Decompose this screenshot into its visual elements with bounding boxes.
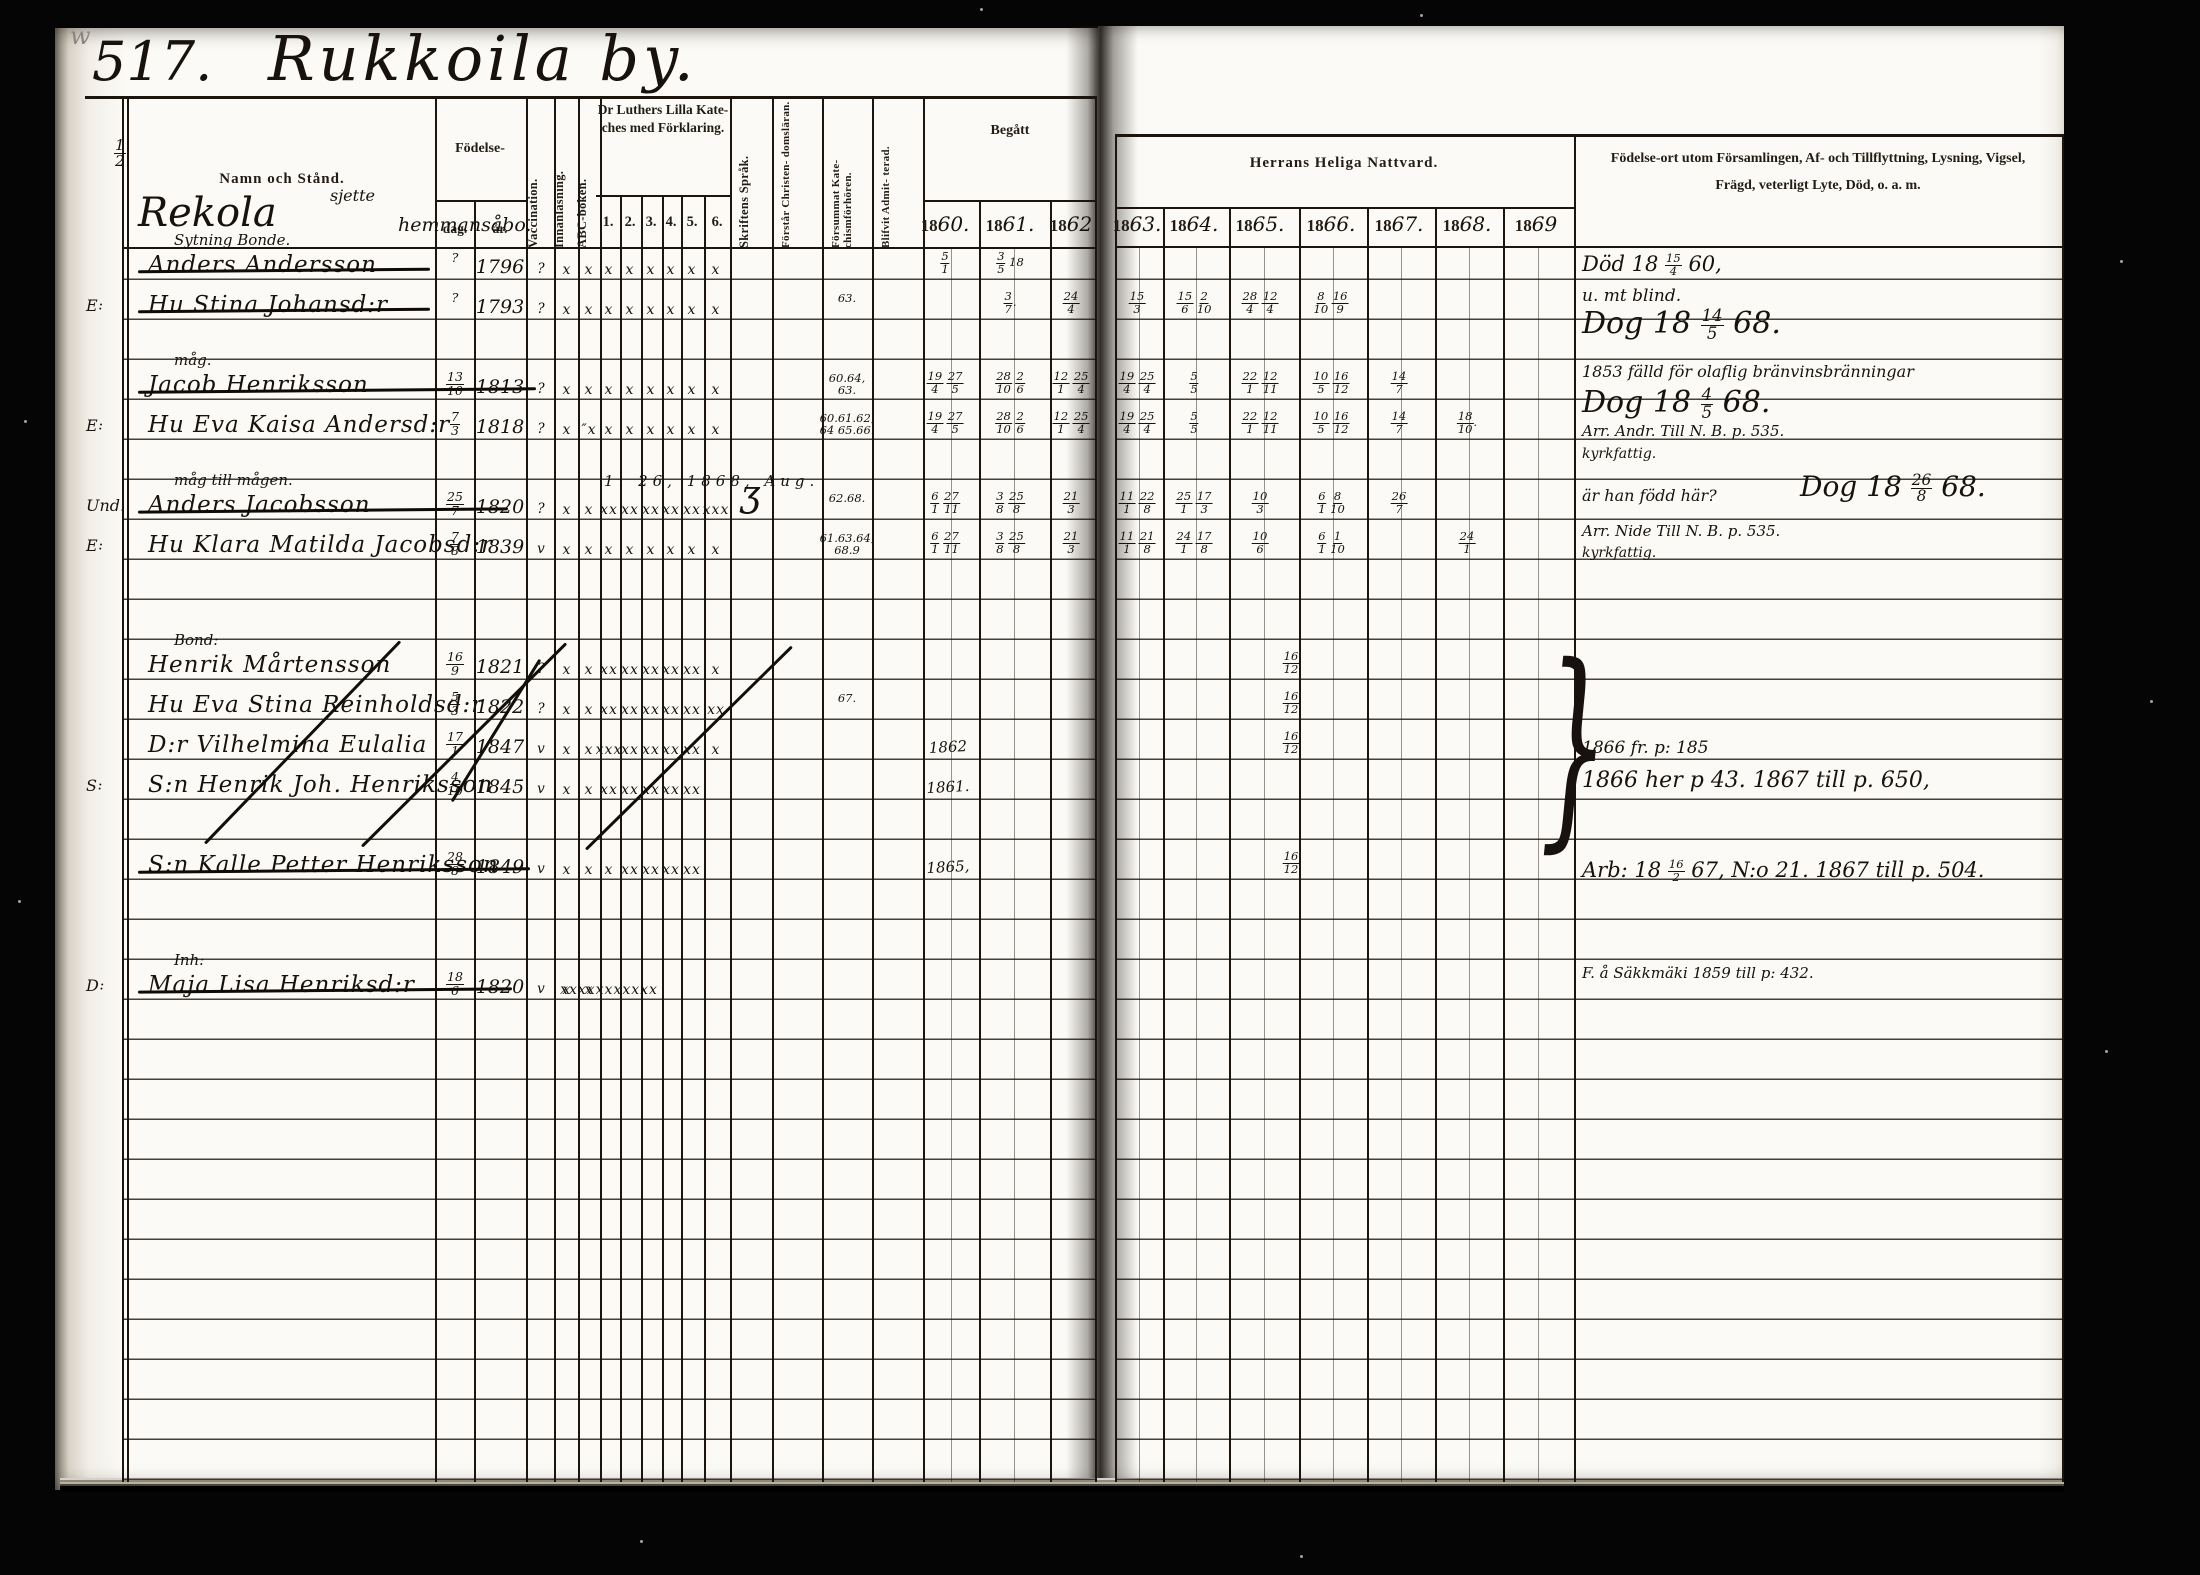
- communion-date: 111 218: [1119, 531, 1156, 555]
- catechism-col-number: 6.: [712, 214, 723, 231]
- exam-mark: x: [688, 423, 697, 438]
- exam-mark: xx: [600, 783, 618, 798]
- communion-date: 194 275: [927, 371, 964, 395]
- entry-name: Maja Lisa Henriksd:r: [148, 973, 415, 997]
- birth-day: 78: [450, 531, 460, 557]
- row-margin-mark: E꞉: [86, 298, 103, 315]
- exam-mark: x: [585, 663, 594, 678]
- exam-mark: xx: [642, 863, 660, 878]
- communion-date: 1612: [1283, 691, 1300, 715]
- communion-date: 106: [1252, 531, 1269, 555]
- exam-mark: x: [585, 263, 594, 278]
- admitted-year-note: 1865,: [926, 859, 970, 877]
- communion-date: 221 1211: [1242, 371, 1279, 395]
- exam-mark: x: [585, 383, 594, 398]
- catechism-col-number: 5.: [687, 214, 698, 231]
- scribble: 12: [114, 138, 126, 169]
- birth-day: 73: [450, 411, 460, 437]
- exam-mark: x: [563, 503, 572, 518]
- catechism-note: 1. 26, 1868, Aug.: [604, 474, 819, 490]
- exam-mark: x: [585, 303, 594, 318]
- communion-date: 241 178: [1176, 531, 1213, 555]
- understands-header: Förstår Christen- domsläran.: [781, 98, 813, 248]
- vaccination-mark: ?: [537, 382, 544, 396]
- exam-mark: x: [688, 543, 697, 558]
- exam-mark: xx: [642, 743, 660, 758]
- communion-date: 61 2711: [930, 531, 960, 555]
- dust-speck: [980, 8, 983, 11]
- row-margin-mark: D꞉: [86, 978, 104, 995]
- catechism-header-line1: Dr Luthers Lilla Kate-: [598, 103, 729, 117]
- column-rule: [2062, 134, 2064, 1482]
- abc-book-header: ABC-boken.: [576, 98, 602, 248]
- communion-date: 61 810: [1317, 491, 1345, 515]
- exam-mark: xx: [662, 743, 680, 758]
- exam-mark: xx: [683, 783, 701, 798]
- marginal-note: Arr. Nide Till N. B. p. 535.: [1582, 522, 1780, 540]
- exam-mark: x: [667, 383, 676, 398]
- communion-date: 267: [1391, 491, 1408, 515]
- scribble: Rekola: [138, 192, 277, 234]
- vaccination-mark: v: [537, 742, 545, 756]
- scribble: hemmansåbo.: [398, 216, 531, 236]
- exam-mark: x: [667, 263, 676, 278]
- exam-mark: x: [585, 863, 594, 878]
- exam-mark: xx: [683, 703, 701, 718]
- row-group-label: måg.: [174, 353, 212, 369]
- missed-exam-years: 60.64,63.: [829, 372, 866, 396]
- exam-mark: x: [563, 743, 572, 758]
- exam-mark: x: [626, 423, 635, 438]
- entry-name: Jacob Henriksson: [148, 373, 369, 397]
- missed-exam-years: 63.: [838, 292, 856, 304]
- entry-name: Hu Eva Stina Reinholdsd:r: [148, 693, 483, 717]
- vaccination-mark: ?: [537, 422, 544, 436]
- marginal-note: Död 18 154 60,: [1582, 252, 1722, 278]
- marginal-note: F. å Säkkmäki 1859 till p: 432.: [1582, 964, 1814, 982]
- vaccination-mark: ?: [537, 702, 544, 716]
- entry-name: Hu Eva Kaisa Andersd:r: [148, 413, 450, 437]
- exam-mark: x: [563, 383, 572, 398]
- exam-mark: xx: [600, 703, 618, 718]
- exam-mark: x: [647, 263, 656, 278]
- row-margin-mark: S꞉: [86, 778, 102, 795]
- exam-mark: x: [712, 303, 721, 318]
- marginal-note: 1853 fälld för olaflig bränvinsbränninga…: [1582, 362, 1914, 381]
- birth-year: 1796: [476, 258, 524, 278]
- communion-date: 55: [1189, 411, 1198, 435]
- exam-mark: x: [605, 543, 614, 558]
- admitted-year-note: 1862: [929, 739, 968, 757]
- year-label: 1864.: [1170, 212, 1219, 236]
- exam-mark: x: [563, 783, 572, 798]
- marginal-note: u. mt blind.: [1582, 286, 1681, 306]
- communion-date: 244: [1063, 291, 1080, 315]
- communion-date: 2810 26: [995, 371, 1025, 395]
- communion-date: 61 2711: [930, 491, 960, 515]
- exam-mark: xx: [683, 863, 701, 878]
- row-group-label: måg till mågen.: [174, 473, 293, 489]
- communion-date: 194 254: [1119, 371, 1156, 395]
- dust-speck: [640, 1540, 643, 1543]
- birth-year: 1820: [476, 498, 524, 518]
- communion-right-header: Herrans Heliga Nattvard.: [1250, 156, 1439, 172]
- communion-date: 105 1612: [1313, 411, 1350, 435]
- header-rule: [923, 200, 1097, 202]
- vaccination-mark: v: [537, 862, 545, 876]
- row-margin-mark: E꞉: [86, 418, 103, 435]
- exam-mark: x: [563, 543, 572, 558]
- exam-mark: x: [585, 743, 594, 758]
- exam-mark: x: [626, 383, 635, 398]
- scribble: sjette: [330, 188, 375, 205]
- communion-left-header: Begått: [991, 124, 1030, 139]
- admitted-header: Blifvit Admit- terad.: [881, 98, 913, 248]
- communion-date: 1612: [1283, 731, 1300, 755]
- communion-date: 156 210: [1177, 291, 1212, 315]
- exam-mark: xx: [621, 503, 639, 518]
- communion-date: 37.: [1004, 291, 1017, 315]
- exam-mark: x: [688, 303, 697, 318]
- communion-date: 38 258: [995, 491, 1025, 515]
- birth-year: 1839: [476, 538, 524, 558]
- exam-mark: xx: [642, 503, 660, 518]
- scanned-parish-register: 517. Rukkoila by. Namn och Stånd. Födels…: [0, 0, 2200, 1575]
- exam-mark: x: [712, 383, 721, 398]
- missed-exam-years: 60.61.62,64 65.66.: [820, 412, 875, 436]
- missed-exam-years: 62.68.: [829, 492, 866, 504]
- exam-mark: xx: [600, 503, 618, 518]
- exam-mark: x: [585, 703, 594, 718]
- exam-mark: x: [585, 543, 594, 558]
- marginal-note: Dog 18 45 68.: [1582, 385, 1770, 421]
- exam-mark: x: [667, 543, 676, 558]
- vaccination-mark: ?: [537, 302, 544, 316]
- catechism-header-line2: ches med Förklaring.: [602, 121, 725, 135]
- birth-day: 169: [446, 651, 464, 677]
- header-rule: [1115, 134, 2062, 137]
- dust-speck: [1420, 14, 1423, 17]
- header-rule: [85, 96, 1097, 99]
- exam-mark: x: [563, 263, 572, 278]
- exam-mark: x: [585, 503, 594, 518]
- dust-speck: [2120, 260, 2123, 263]
- header-rule: [596, 195, 730, 197]
- exam-mark: xx: [662, 703, 680, 718]
- communion-date: 121 254: [1053, 371, 1090, 395]
- exam-mark: x: [585, 783, 594, 798]
- dust-speck: [24, 420, 27, 423]
- exam-mark: x: [667, 423, 676, 438]
- year-label: 1865.: [1236, 212, 1285, 236]
- communion-date: 111 228: [1119, 491, 1156, 515]
- row-margin-mark: Und.: [86, 498, 125, 515]
- communion-date: 121 254: [1053, 411, 1090, 435]
- marginal-note: kyrkfattig.: [1582, 446, 1656, 462]
- communion-date: 1810.: [1457, 411, 1477, 435]
- header-rule: [435, 200, 526, 202]
- communion-date: 38 258: [995, 531, 1025, 555]
- exam-mark: x: [647, 383, 656, 398]
- year-label: 1867.: [1375, 212, 1424, 236]
- missed-exam-years: 67.: [838, 692, 856, 704]
- catechism-col-number: 3.: [646, 214, 657, 231]
- exam-mark: x: [605, 263, 614, 278]
- marginal-note: Arr. Andr. Till N. B. p. 535.: [1582, 422, 1784, 440]
- exam-mark: xx: [621, 863, 639, 878]
- dust-speck: [1300, 1555, 1303, 1558]
- communion-date: 35 18: [996, 251, 1024, 275]
- birth-day: 257: [446, 491, 464, 517]
- birth-year: 1820: [476, 978, 524, 998]
- exam-mark: x: [605, 303, 614, 318]
- exam-mark: x: [647, 543, 656, 558]
- communion-date: 213: [1063, 491, 1080, 515]
- exam-mark: x: [688, 263, 697, 278]
- exam-mark: x: [712, 543, 721, 558]
- communion-date: 284 124: [1242, 291, 1279, 315]
- year-label: 1861.: [986, 212, 1035, 236]
- row-margin-mark: E꞉: [86, 538, 103, 555]
- communion-date: 55: [1189, 371, 1198, 395]
- exam-mark: xx: [662, 783, 680, 798]
- exam-mark: xxx: [703, 503, 730, 518]
- exam-mark: x: [626, 303, 635, 318]
- exam-mark: xx: [642, 703, 660, 718]
- exam-mark: xxx: [596, 743, 623, 758]
- communion-date: 241: [1459, 531, 1476, 555]
- birth-day: 186: [446, 971, 464, 997]
- exam-mark: x: [626, 263, 635, 278]
- communion-date: 51: [940, 251, 949, 275]
- birth-year: 1813: [476, 378, 524, 398]
- row-group-label: Bond:: [174, 633, 218, 649]
- exam-mark: x: [712, 663, 721, 678]
- exam-mark: xx: [642, 663, 660, 678]
- birth-day: 53: [450, 691, 460, 717]
- communion-date: 2810 26: [995, 411, 1025, 435]
- exam-mark: x: [563, 663, 572, 678]
- exam-mark: x: [712, 743, 721, 758]
- exam-mark: x: [626, 543, 635, 558]
- year-label: 1863.: [1113, 212, 1162, 236]
- exam-mark: xx: [621, 743, 639, 758]
- exam-mark: x: [563, 703, 572, 718]
- entry-name: Henrik Mårtensson: [148, 653, 391, 677]
- marginal-note: Dog 18 268 68.: [1800, 470, 1986, 504]
- exam-mark: x: [712, 423, 721, 438]
- admitted-year-note: 1861.: [926, 779, 970, 797]
- vaccination-mark: v: [537, 782, 545, 796]
- year-label: 1862: [1050, 212, 1092, 236]
- catechism-col-number: 4.: [666, 214, 677, 231]
- communion-date: 1612: [1283, 651, 1300, 675]
- communion-date: 194 254: [1119, 411, 1156, 435]
- birth-day: ?: [452, 291, 459, 304]
- page-number: 517.: [92, 34, 212, 91]
- marginal-note: 1866 her p 43. 1867 till p. 650,: [1582, 768, 1930, 793]
- birth-day: 288: [446, 851, 464, 877]
- dust-speck: [18, 900, 21, 903]
- exam-mark: xx: [662, 863, 680, 878]
- exam-mark: x: [563, 863, 572, 878]
- entry-name: Hu Klara Matilda Jacobsd:r: [148, 533, 493, 557]
- communion-date: 251 173: [1176, 491, 1213, 515]
- exam-mark: x: [563, 303, 572, 318]
- catechism-col-number: 1.: [603, 214, 614, 231]
- marginal-note: Arb: 18 162 67, N:o 21. 1867 till p. 504…: [1582, 858, 1984, 884]
- entry-name: Hu Stina Johansd:r: [148, 293, 388, 317]
- exam-mark: x: [605, 383, 614, 398]
- header-rule: [1115, 207, 1574, 209]
- exam-mark: xxxxxxxxxxx: [560, 983, 658, 998]
- birth-year: 1818: [476, 418, 524, 438]
- communion-date: 810 169: [1314, 291, 1349, 315]
- exam-mark: xx: [662, 663, 680, 678]
- entry-name: D:r Vilhelmina Eulalia: [148, 733, 427, 757]
- row-group-label: Inh:: [174, 953, 204, 969]
- exam-mark: xx: [621, 783, 639, 798]
- exam-mark: x: [563, 423, 572, 438]
- birth-column-header: Födelse-: [455, 142, 505, 157]
- name-column-header: Namn och Stånd.: [219, 172, 344, 188]
- exam-mark: xx: [621, 663, 639, 678]
- marginal-note: är han född här?: [1582, 486, 1717, 505]
- exam-mark: x: [667, 303, 676, 318]
- scripture-header: Skriftens Språk.: [738, 98, 764, 248]
- communion-date: 1612: [1283, 851, 1300, 875]
- missed-exam-years: 61.63.64,68.9: [820, 532, 875, 556]
- catechism-col-number: 2.: [625, 214, 636, 231]
- exam-mark: xx: [600, 663, 618, 678]
- communion-date: 147: [1391, 411, 1408, 435]
- birth-day: 1310: [446, 371, 464, 397]
- exam-mark: x: [605, 863, 614, 878]
- exam-mark: x: [688, 383, 697, 398]
- vaccination-mark: v: [537, 542, 545, 556]
- marginal-note: Dog 18 145 68.: [1582, 306, 1781, 342]
- birth-year: 1845: [476, 778, 524, 798]
- scribble: ʒ: [740, 476, 760, 514]
- communion-date: 194 275: [927, 411, 964, 435]
- entry-name: S:n Henrik Joh. Henriksson: [148, 773, 493, 797]
- exam-mark: x: [712, 263, 721, 278]
- exam-mark: xx: [662, 503, 680, 518]
- exam-mark: xx: [683, 663, 701, 678]
- communion-date: 221 1211: [1242, 411, 1279, 435]
- exam-mark: xx: [621, 703, 639, 718]
- marginal-note: 1866 fr. p: 185: [1582, 738, 1709, 758]
- exam-mark: ″x: [581, 423, 596, 438]
- communion-date: 213: [1063, 531, 1080, 555]
- scribble: w: [70, 24, 91, 49]
- entry-name: Anders Andersson: [148, 253, 377, 277]
- year-label: 1868.: [1443, 212, 1492, 236]
- communion-date: 105 1612: [1313, 371, 1350, 395]
- exam-mark: x: [647, 423, 656, 438]
- birth-year: 1849: [476, 858, 524, 878]
- communion-date: 61 110: [1317, 531, 1345, 555]
- exam-mark: x: [647, 303, 656, 318]
- birth-year: 1821: [476, 658, 524, 678]
- year-label: 1869: [1515, 212, 1557, 236]
- page-title: Rukkoila by.: [268, 26, 698, 91]
- marginal-note: kyrkfattig.: [1582, 545, 1656, 561]
- vaccination-mark: v: [537, 982, 545, 996]
- exam-mark: xx: [683, 503, 701, 518]
- vaccination-mark: ?: [537, 262, 544, 276]
- missed-header: Försummat Kate- chismförhören.: [831, 98, 863, 248]
- entry-name: Anders Jacobsson: [148, 493, 371, 517]
- birth-day: ?: [452, 251, 459, 264]
- communion-date: 147: [1391, 371, 1408, 395]
- communion-date: 103: [1252, 491, 1269, 515]
- dust-speck: [2105, 1050, 2108, 1053]
- dust-speck: [2150, 700, 2153, 703]
- communion-date: 153: [1129, 291, 1146, 315]
- notes-column-header: Födelse-ort utom Församlingen, Af- och T…: [1600, 146, 2036, 199]
- vaccination-mark: ?: [537, 502, 544, 516]
- exam-mark: x: [605, 423, 614, 438]
- year-label: 1860.: [921, 212, 970, 236]
- birth-year: 1793: [476, 298, 524, 318]
- year-label: 1866.: [1307, 212, 1356, 236]
